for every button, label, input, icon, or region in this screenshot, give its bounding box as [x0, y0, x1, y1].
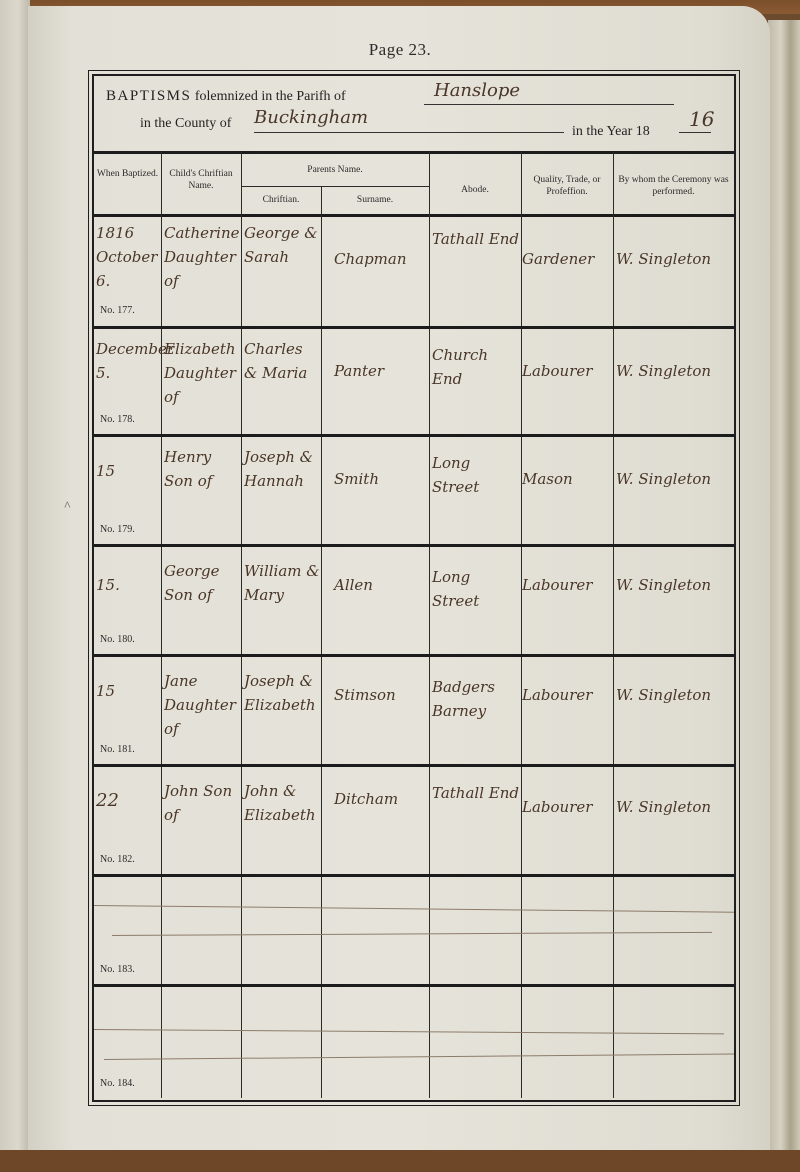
entry-quality: Labourer [522, 657, 612, 707]
entry-surname: Ditcham [334, 767, 428, 811]
entry-abode: Church End [432, 329, 520, 391]
wooden-background-bottom [0, 1150, 800, 1172]
county-label: in the County of [140, 116, 231, 132]
entry-date: 1816 October 6. [96, 217, 160, 293]
entry-date: December 5. [96, 329, 160, 385]
entry-row-blank: No. 184. [94, 987, 734, 1097]
entry-quality: Gardener [522, 217, 612, 271]
margin-mark: ^ [64, 498, 69, 514]
entry-row: 15. George Son of William & Mary Allen L… [94, 547, 734, 653]
entry-abode: Badgers Barney [432, 657, 520, 723]
entry-number: No. 184. [100, 1078, 135, 1089]
entry-quality: Labourer [522, 767, 612, 819]
entry-number: No. 180. [100, 634, 135, 645]
entry-parents: Joseph & Elizabeth [244, 657, 320, 717]
cancellation-line [104, 1054, 734, 1060]
county-value: Buckingham [254, 107, 368, 128]
cancellation-line [94, 1029, 724, 1034]
entry-parents: John & Elizabeth [244, 767, 320, 827]
entry-abode: Tathall End [432, 767, 520, 805]
entry-number: No. 181. [100, 744, 135, 755]
entry-parents: George & Sarah [244, 217, 320, 269]
year-label: in the Year 18 [572, 124, 650, 140]
entry-parents: William & Mary [244, 547, 320, 607]
year-value: 16 [689, 107, 714, 131]
entry-officiant: W. Singleton [616, 547, 734, 597]
entry-row: 1816 October 6. Catherine Daughter of Ge… [94, 217, 734, 324]
parents-subdivider [241, 186, 429, 187]
col-parents-surname: Surname. [321, 194, 429, 206]
form-title: BAPTISMS [106, 88, 191, 104]
entry-officiant: W. Singleton [616, 437, 734, 491]
entry-surname: Smith [334, 437, 428, 491]
col-parents-christian: Chriftian. [241, 194, 321, 206]
entry-abode: Long Street [432, 547, 520, 613]
entry-row-blank: No. 183. [94, 877, 734, 983]
entry-row: 15 Henry Son of Joseph & Hannah Smith Lo… [94, 437, 734, 543]
col-officiant: By whom the Ceremony was performed. [613, 174, 734, 198]
col-parents-name: Parents Name. [241, 164, 429, 176]
entry-number: No. 183. [100, 964, 135, 975]
col-when-baptized: When Baptized. [94, 168, 161, 180]
entry-number: No. 182. [100, 854, 135, 865]
entry-officiant: W. Singleton [616, 657, 734, 707]
entry-date: 15. [96, 547, 160, 597]
entry-child: Jane Daughter of [164, 657, 240, 741]
col-quality: Quality, Trade, or Profeffion. [521, 174, 613, 198]
header-rule [94, 151, 734, 154]
page-edges [768, 20, 800, 1160]
entry-number: No. 177. [100, 305, 135, 316]
entry-surname: Panter [334, 329, 428, 383]
parish-value: Hanslope [434, 80, 520, 101]
entry-parents: Charles & Maria [244, 329, 320, 385]
page-number: Page 23. [0, 40, 800, 60]
entry-surname: Chapman [334, 217, 428, 271]
entry-child: Catherine Daughter of [164, 217, 240, 293]
entry-child: Henry Son of [164, 437, 240, 493]
entry-date: 22 [96, 767, 160, 813]
entry-abode: Long Street [432, 437, 520, 499]
cancellation-line [112, 932, 712, 936]
entry-quality: Mason [522, 437, 612, 491]
form-header: BAPTISMS folemnized in the Parifh of Han… [94, 76, 734, 151]
entry-child: George Son of [164, 547, 240, 607]
entry-child: Elizabeth Daughter of [164, 329, 240, 409]
entry-surname: Stimson [334, 657, 428, 707]
entry-child: John Son of [164, 767, 240, 827]
entry-officiant: W. Singleton [616, 329, 734, 383]
entry-parents: Joseph & Hannah [244, 437, 320, 493]
entry-quality: Labourer [522, 329, 612, 383]
entry-date: 15 [96, 657, 160, 703]
entry-row: 15 Jane Daughter of Joseph & Elizabeth S… [94, 657, 734, 763]
facing-page-edge [0, 0, 30, 1160]
entry-abode: Tathall End [432, 217, 520, 251]
entry-officiant: W. Singleton [616, 217, 734, 271]
entry-row: 22 John Son of John & Elizabeth Ditcham … [94, 767, 734, 873]
entry-row: December 5. Elizabeth Daughter of Charle… [94, 329, 734, 433]
entry-quality: Labourer [522, 547, 612, 597]
col-childs-name: Child's Chriftian Name. [161, 168, 241, 192]
entry-surname: Allen [334, 547, 428, 597]
solemnized-label: folemnized in the Parifh of [195, 89, 346, 104]
entry-officiant: W. Singleton [616, 767, 734, 819]
baptism-register-form: BAPTISMS folemnized in the Parifh of Han… [92, 74, 736, 1102]
entry-number: No. 178. [100, 414, 135, 425]
entry-date: 15 [96, 437, 160, 483]
cancellation-line [94, 905, 734, 913]
col-abode: Abode. [429, 184, 521, 196]
entry-number: No. 179. [100, 524, 135, 535]
